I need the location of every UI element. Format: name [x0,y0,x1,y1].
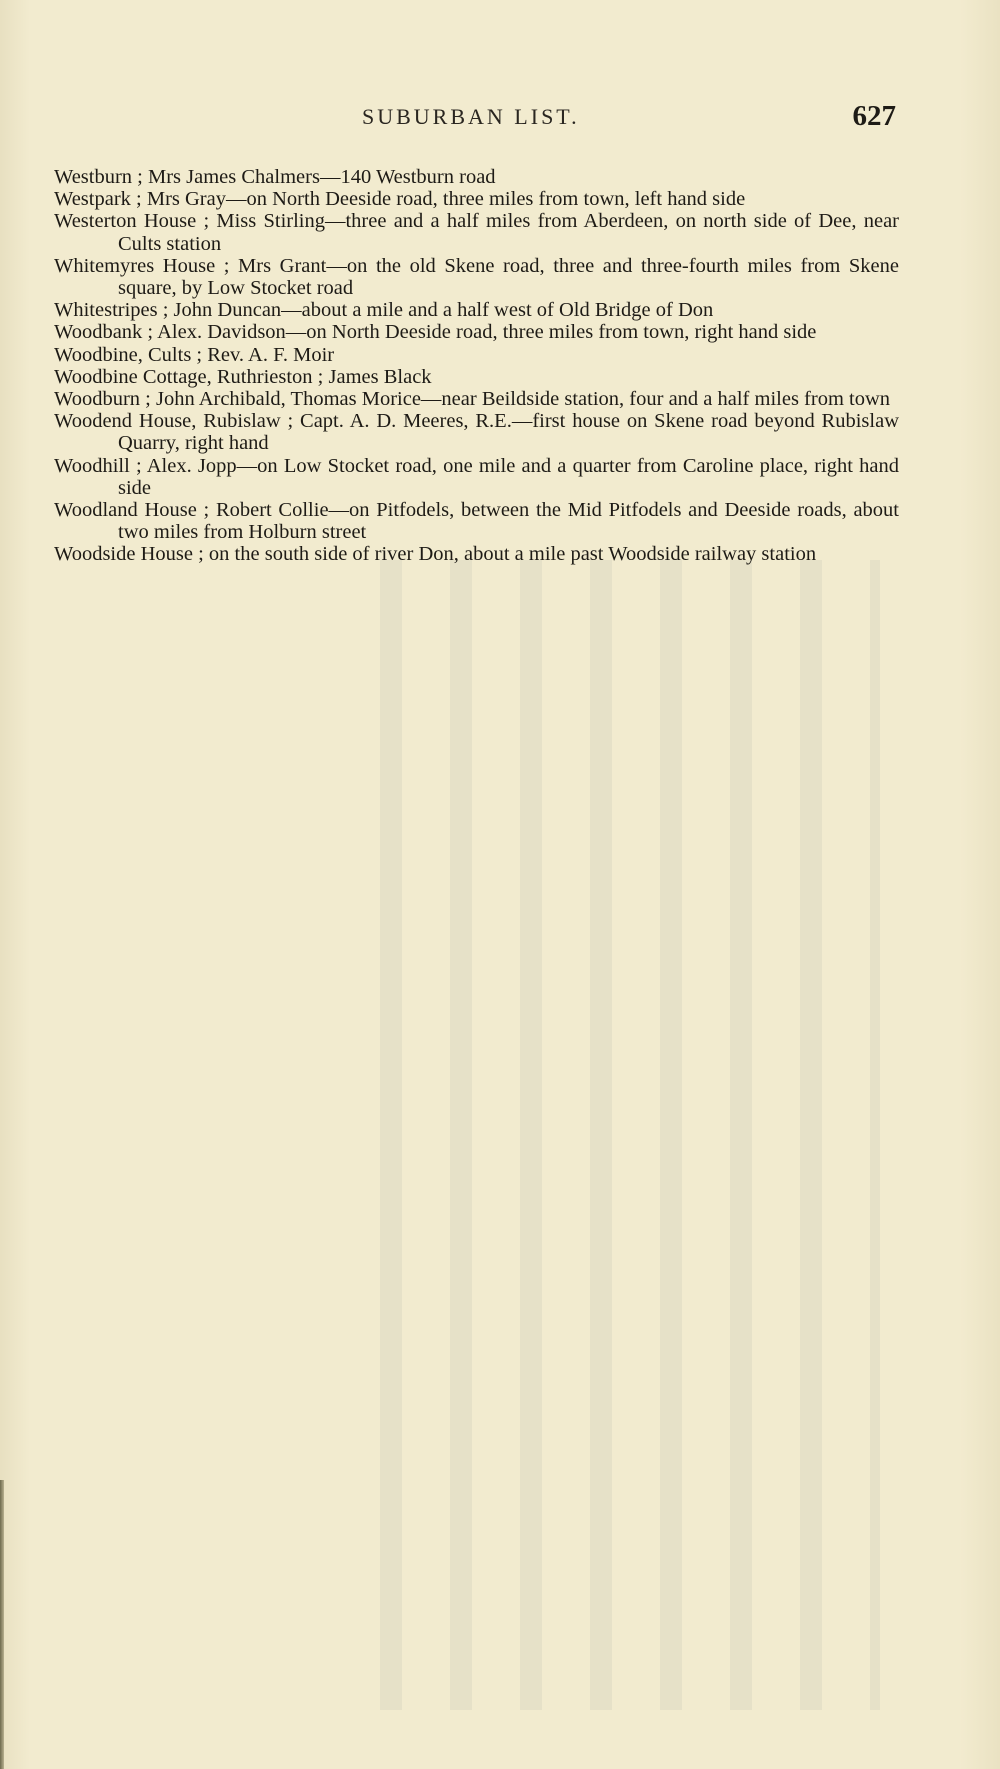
list-entry: Westpark ; Mrs Gray—on North Deeside roa… [54,188,899,210]
list-entry: Woodbank ; Alex. Davidson—on North Deesi… [54,321,899,343]
page-number: 627 [853,100,897,133]
list-entry: Westburn ; Mrs James Chalmers—140 Westbu… [54,166,899,188]
list-entry: Woodland House ; Robert Collie—on Pitfod… [54,499,899,543]
list-entry: Woodend House, Rubislaw ; Capt. A. D. Me… [54,410,899,454]
list-entry: Woodhill ; Alex. Jopp—on Low Stocket roa… [54,455,899,499]
list-entry: Westerton House ; Miss Stirling—three an… [54,210,899,254]
list-entry: Woodburn ; John Archibald, Thomas Morice… [54,388,899,410]
list-entry: Whitemyres House ; Mrs Grant—on the old … [54,255,899,299]
page-header: SUBURBAN LIST. 627 [0,100,1000,140]
list-entry: Whitestripes ; John Duncan—about a mile … [54,299,899,321]
list-entry: Woodside House ; on the south side of ri… [54,543,899,565]
reverse-side-show-through [380,560,880,1710]
running-title: SUBURBAN LIST. [362,104,580,130]
page-edge-shadow [0,1480,4,1769]
list-entry: Woodbine Cottage, Ruthrieston ; James Bl… [54,366,899,388]
suburban-list: Westburn ; Mrs James Chalmers—140 Westbu… [54,166,899,566]
list-entry: Woodbine, Cults ; Rev. A. F. Moir [54,344,899,366]
